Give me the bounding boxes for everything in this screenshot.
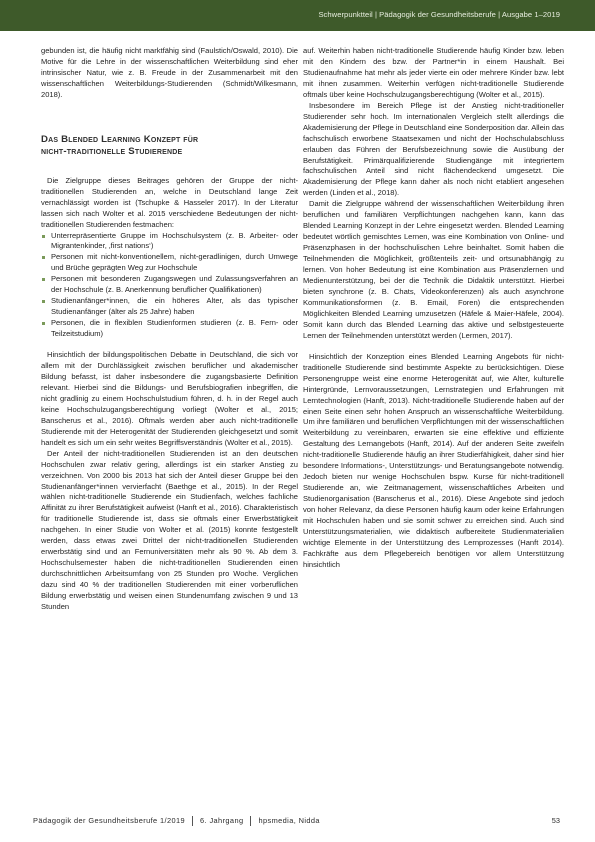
paragraph-nursing: Insbesondere im Bereich Pflege ist der A…: [303, 101, 564, 200]
paragraph-target-group: Die Zielgruppe dieses Beitrages gehören …: [41, 176, 298, 231]
list-item: Unterrepräsentierte Gruppe im Hochschuls…: [41, 231, 298, 253]
footer-divider: [250, 816, 251, 826]
running-head: Schwerpunktteil | Pädagogik der Gesundhe…: [318, 10, 560, 19]
left-column: gebunden ist, die häufig nicht marktfähi…: [41, 46, 298, 613]
spacer: [303, 342, 564, 352]
definition-list: Unterrepräsentierte Gruppe im Hochschuls…: [41, 231, 298, 341]
list-item: Personen, die in flexiblen Studienformen…: [41, 318, 298, 340]
spacer: [41, 340, 298, 350]
intro-paragraph: gebunden ist, die häufig nicht marktfähi…: [41, 46, 298, 101]
section-title-line2: nicht-traditionelle Studierende: [41, 146, 182, 157]
right-column: auf. Weiterhin haben nicht-traditionelle…: [303, 46, 564, 571]
paragraph-share-of-students: Der Anteil der nicht-traditionellen Stud…: [41, 449, 298, 613]
list-item: Studienanfänger*innen, die ein höheres A…: [41, 296, 298, 318]
section-title-line1: Das Blended Learning Konzept für: [41, 134, 198, 145]
paragraph-blended-learning: Damit die Zielgruppe während der wissens…: [303, 199, 564, 341]
section-title: Das Blended Learning Konzept für nicht-t…: [41, 134, 298, 159]
footer-publisher: hpsmedia, Nidda: [258, 816, 319, 825]
paragraph-continuation: auf. Weiterhin haben nicht-traditionelle…: [303, 46, 564, 101]
footer-divider: [192, 816, 193, 826]
page-number: 53: [552, 816, 560, 825]
footer-journal: Pädagogik der Gesundheitsberufe 1/2019: [33, 816, 185, 825]
footer-volume: 6. Jahrgang: [200, 816, 243, 825]
running-header-bar: Schwerpunktteil | Pädagogik der Gesundhe…: [0, 0, 595, 31]
paragraph-conception: Hinsichtlich der Konzeption eines Blende…: [303, 352, 564, 571]
page-footer: Pädagogik der Gesundheitsberufe 1/20196.…: [33, 816, 320, 826]
paragraph-education-policy: Hinsichtlich der bildungspolitischen Deb…: [41, 350, 298, 449]
list-item: Personen mit besonderen Zugangswegen und…: [41, 274, 298, 296]
list-item: Personen mit nicht-konventionellem, nich…: [41, 252, 298, 274]
